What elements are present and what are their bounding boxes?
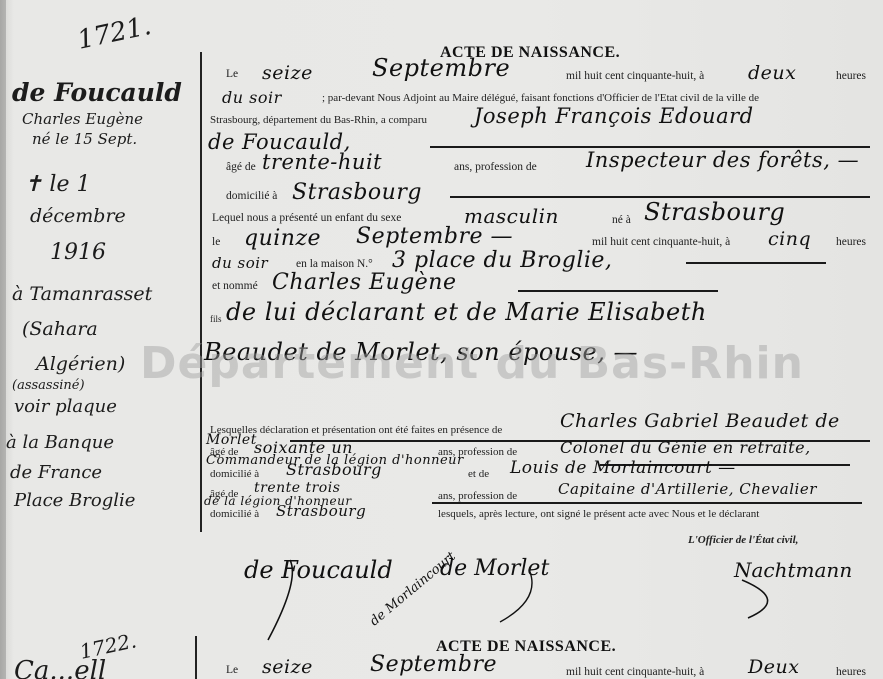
death-line-8: voir plaque (14, 396, 117, 417)
line1-month: Septembre (372, 54, 510, 82)
father-domicile: Strasbourg (292, 180, 422, 205)
signature-officer: Nachtmann (734, 558, 852, 582)
line1-prefix: Le (226, 68, 238, 80)
birth-day: quinze (244, 226, 321, 251)
margin-rule (200, 52, 202, 532)
line5-age-label: âgé de (226, 161, 256, 173)
line3-printed: Strasbourg, département du Bas-Rhin, a c… (210, 114, 427, 126)
line8-suffix: heures (836, 236, 866, 248)
witness1-domicile: Strasbourg (286, 460, 382, 479)
line1-hour: deux (748, 62, 796, 84)
birth-place: Strasbourg (644, 198, 785, 226)
line9-time: du soir (212, 254, 268, 272)
death-line-9: à la Banque (6, 432, 114, 453)
margin-birth-note: né le 15 Sept. (32, 130, 137, 148)
signature-declarant: de Foucauld (244, 556, 393, 584)
line8-printed: mil huit cent cinquante-huit, à (592, 236, 730, 248)
next-line-suffix: heures (836, 666, 866, 678)
line11-printed: fils (210, 314, 222, 324)
line7-born-label: né à (612, 214, 631, 226)
father-name: Joseph François Edouard (474, 104, 754, 128)
witness2-name: Louis de Morlaincourt — (510, 458, 736, 478)
witness2-prof-label: ans, profession de (438, 490, 517, 502)
next-line-day: seize (262, 656, 313, 678)
margin-surname: de Foucauld (12, 78, 182, 107)
line9-printed: en la maison N.° (296, 258, 373, 270)
witness2-domicile: Strasbourg (276, 502, 366, 520)
father-age: trente-huit (262, 150, 382, 174)
witness1-dom-label: domicilié à (210, 468, 259, 480)
line5-prof-label: ans, profession de (454, 161, 537, 173)
line1-suffix: heures (836, 70, 866, 82)
child-name: Charles Eugène (272, 270, 457, 295)
mother-name: Beaudet de Morlet, son épouse, — (204, 338, 638, 366)
witness2-profession: Capitaine d'Artillerie, Chevalier (558, 480, 817, 498)
death-line-6: Algérien) (36, 353, 125, 375)
line7-printed: Lequel nous a présenté un enfant du sexe (212, 212, 401, 224)
death-line-4: à Tamanrasset (12, 283, 152, 305)
death-line-7: (assassiné) (12, 378, 85, 393)
death-line-5: (Sahara (22, 318, 98, 340)
next-line-printed: mil huit cent cinquante-huit, à (566, 666, 704, 678)
father-profession: Inspecteur des forêts, — (586, 148, 859, 172)
parents-line: de lui déclarant et de Marie Elisabeth (226, 298, 707, 326)
page-edge (0, 0, 6, 679)
line2-time: du soir (222, 88, 282, 107)
death-line-10: de France (10, 462, 102, 483)
next-line-prefix: Le (226, 664, 238, 676)
death-line-2: décembre (30, 205, 126, 227)
line1-printed: mil huit cent cinquante-huit, à (566, 70, 704, 82)
next-line-hour: Deux (748, 656, 799, 678)
witness2-dom-label: domicilié à (210, 508, 259, 520)
witness-closing: lesquels, après lecture, ont signé le pr… (438, 508, 759, 520)
line6-label: domicilié à (226, 190, 277, 202)
death-line-3: 1916 (50, 240, 106, 265)
next-record-surname: Ca...ell (14, 656, 106, 679)
line8-prefix: le (212, 236, 220, 248)
margin-rule-next (195, 636, 197, 679)
fill-rule (518, 290, 718, 292)
fill-rule (686, 262, 826, 264)
death-line-11: Place Broglie (14, 490, 135, 511)
line2-printed: ; par-devant Nous Adjoint au Maire délég… (322, 92, 759, 104)
witness-and: et de (468, 468, 489, 480)
officer-label: L'Officier de l'État civil, (688, 534, 798, 546)
line10-printed: et nommé (212, 280, 258, 292)
death-line-1: ✝ le 1 (24, 172, 90, 197)
birth-month: Septembre — (356, 224, 513, 249)
fill-rule (432, 502, 862, 504)
birth-hour: cinq (768, 228, 811, 250)
line1-day: seize (262, 62, 313, 84)
margin-given-names: Charles Eugène (22, 110, 143, 128)
witness1-name: Charles Gabriel Beaudet de (560, 410, 840, 432)
next-line-month: Septembre (370, 652, 497, 677)
witness1-profession: Colonel du Génie en retraite, (560, 438, 811, 457)
